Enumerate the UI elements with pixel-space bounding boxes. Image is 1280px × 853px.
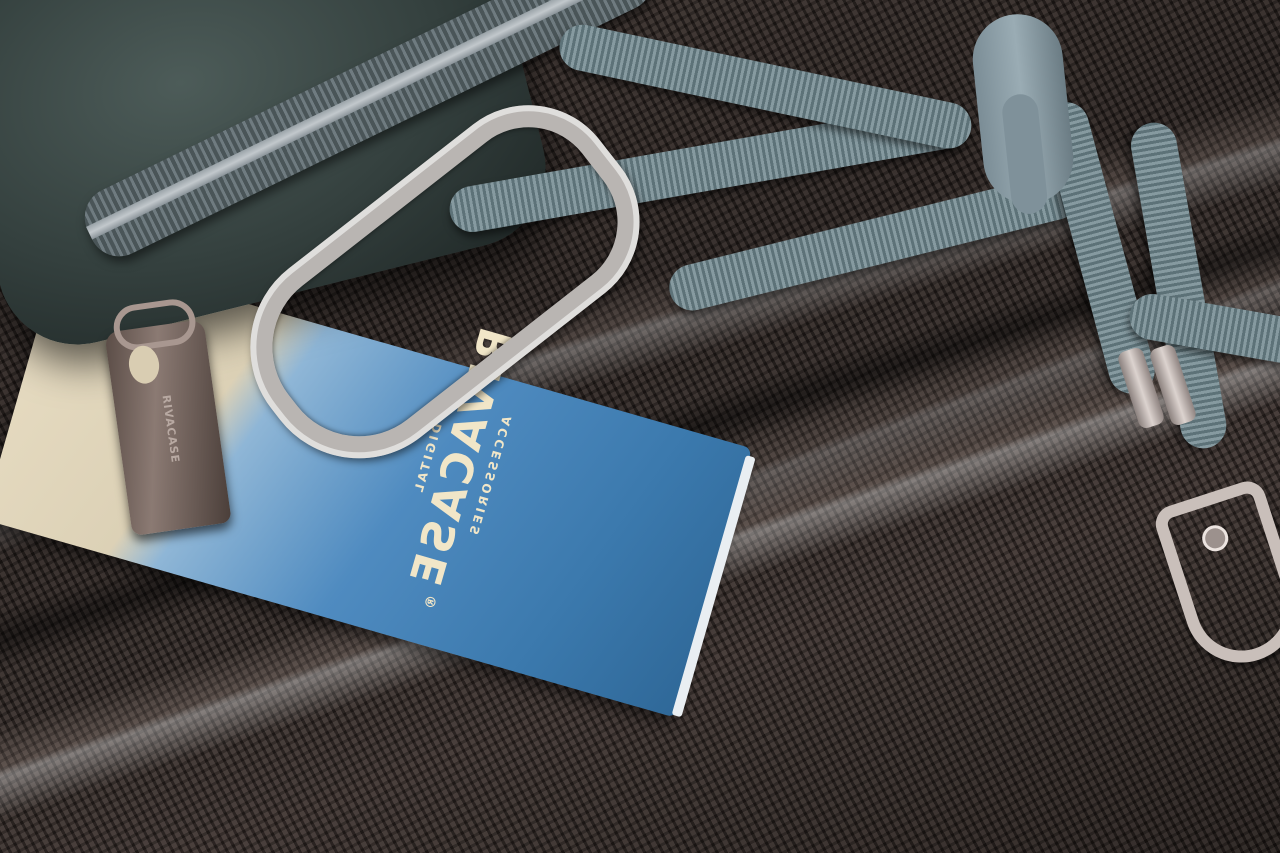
clasp-rivet bbox=[1199, 522, 1232, 555]
registered-mark: ® bbox=[422, 593, 441, 611]
plastic-hook-stem bbox=[1001, 93, 1049, 216]
zipper-pull-engraving: RIVACASE bbox=[160, 394, 182, 464]
zipper-pull-hole bbox=[127, 344, 162, 386]
photo-scene: DIGITAL RIVACASE® ACCESSORIES ASE RIVACA… bbox=[0, 0, 1280, 853]
